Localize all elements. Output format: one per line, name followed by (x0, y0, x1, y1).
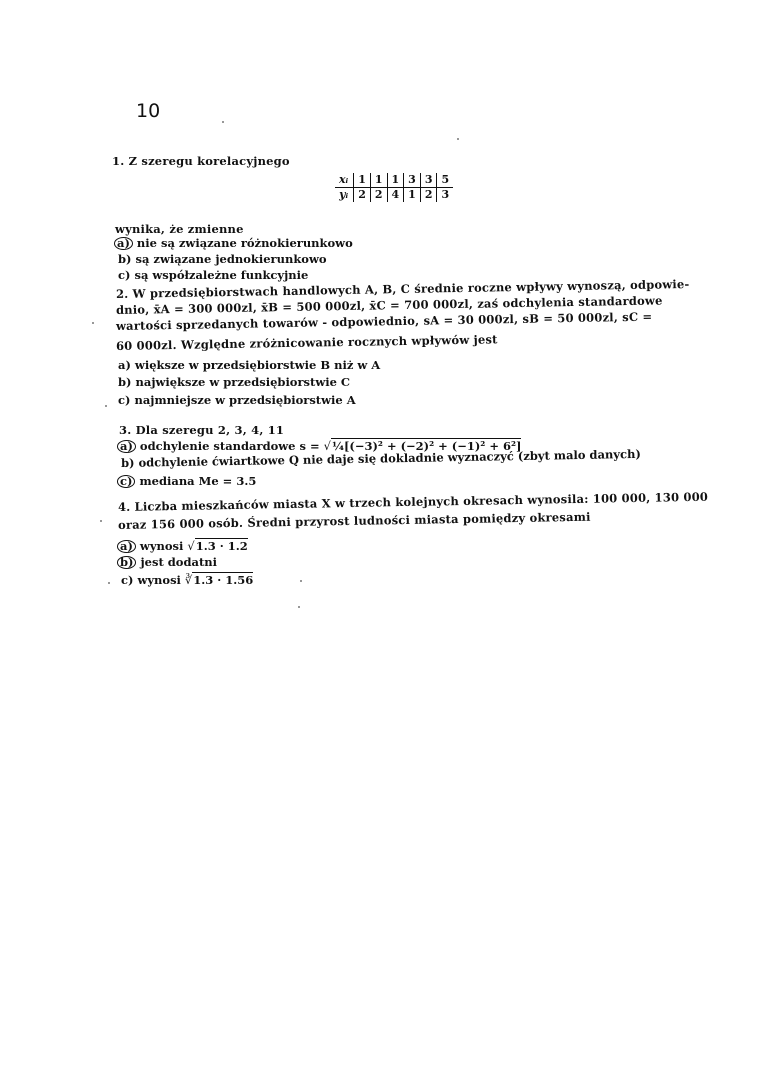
q2-option-c: c) najmniejsze w przedsiębiorstwie A (118, 393, 356, 407)
formula: 1.3 · 1.2 (195, 538, 248, 553)
answer-circle-icon: c) (117, 475, 135, 488)
answer-circle-icon: a) (117, 540, 136, 553)
q4-line-2: oraz 156 000 osób. Średni przyrost ludno… (118, 510, 591, 532)
scan-speck (457, 138, 459, 140)
answer-circle-icon: a) (114, 237, 133, 250)
q4-line-1: 4. Liczba mieszkańców miasta X w trzech … (118, 490, 708, 514)
page-number: 10 (136, 100, 160, 122)
table-row-x: xᵢ 1 1 1 3 3 5 (335, 173, 453, 188)
cube-root-icon: ∛ (185, 573, 192, 587)
scan-speck (300, 580, 302, 582)
scan-speck (298, 606, 300, 608)
q2-line-4: 60 000zl. Względne zróżnicowanie rocznyc… (116, 332, 498, 353)
q2-option-b: b) największe w przedsiębiorstwie C (118, 375, 350, 389)
table-row-y: yᵢ 2 2 4 1 2 3 (335, 188, 453, 203)
q1-option-c: c) są współzależne funkcyjnie (118, 268, 308, 282)
q3-stem: 3. Dla szeregu 2, 3, 4, 11 (119, 423, 284, 437)
answer-circle-icon: a) (117, 440, 136, 453)
correlation-table: xᵢ 1 1 1 3 3 5 yᵢ 2 2 4 1 2 3 (335, 173, 453, 202)
q1-lead: wynika, że zmienne (115, 222, 244, 236)
scan-speck (100, 520, 102, 522)
sqrt-icon: √ (324, 439, 331, 453)
q2-option-a: a) większe w przedsiębiorstwie B niż w A (118, 358, 380, 372)
q1-option-a: a) nie są związane różnokierunkowo (118, 236, 353, 250)
sqrt-icon: √ (187, 539, 194, 553)
q1-option-b: b) są związane jednokierunkowo (118, 252, 327, 266)
scan-speck (105, 405, 107, 407)
scan-speck (222, 121, 224, 123)
q3-option-c: c) mediana Me = 3.5 (121, 474, 256, 488)
q4-option-c: c) wynosi ∛1.3 · 1.56 (121, 572, 253, 587)
scan-speck (92, 322, 94, 324)
scan-speck (108, 582, 110, 584)
answer-circle-icon: b) (117, 556, 136, 569)
q4-option-a: a) wynosi √1.3 · 1.2 (121, 538, 248, 553)
formula: 1.3 · 1.56 (192, 572, 253, 587)
document-page: 10 1. Z szeregu korelacyjnego xᵢ 1 1 1 3… (0, 0, 760, 1075)
q1-stem: 1. Z szeregu korelacyjnego (112, 154, 290, 168)
q4-option-b: b) jest dodatni (121, 555, 217, 569)
